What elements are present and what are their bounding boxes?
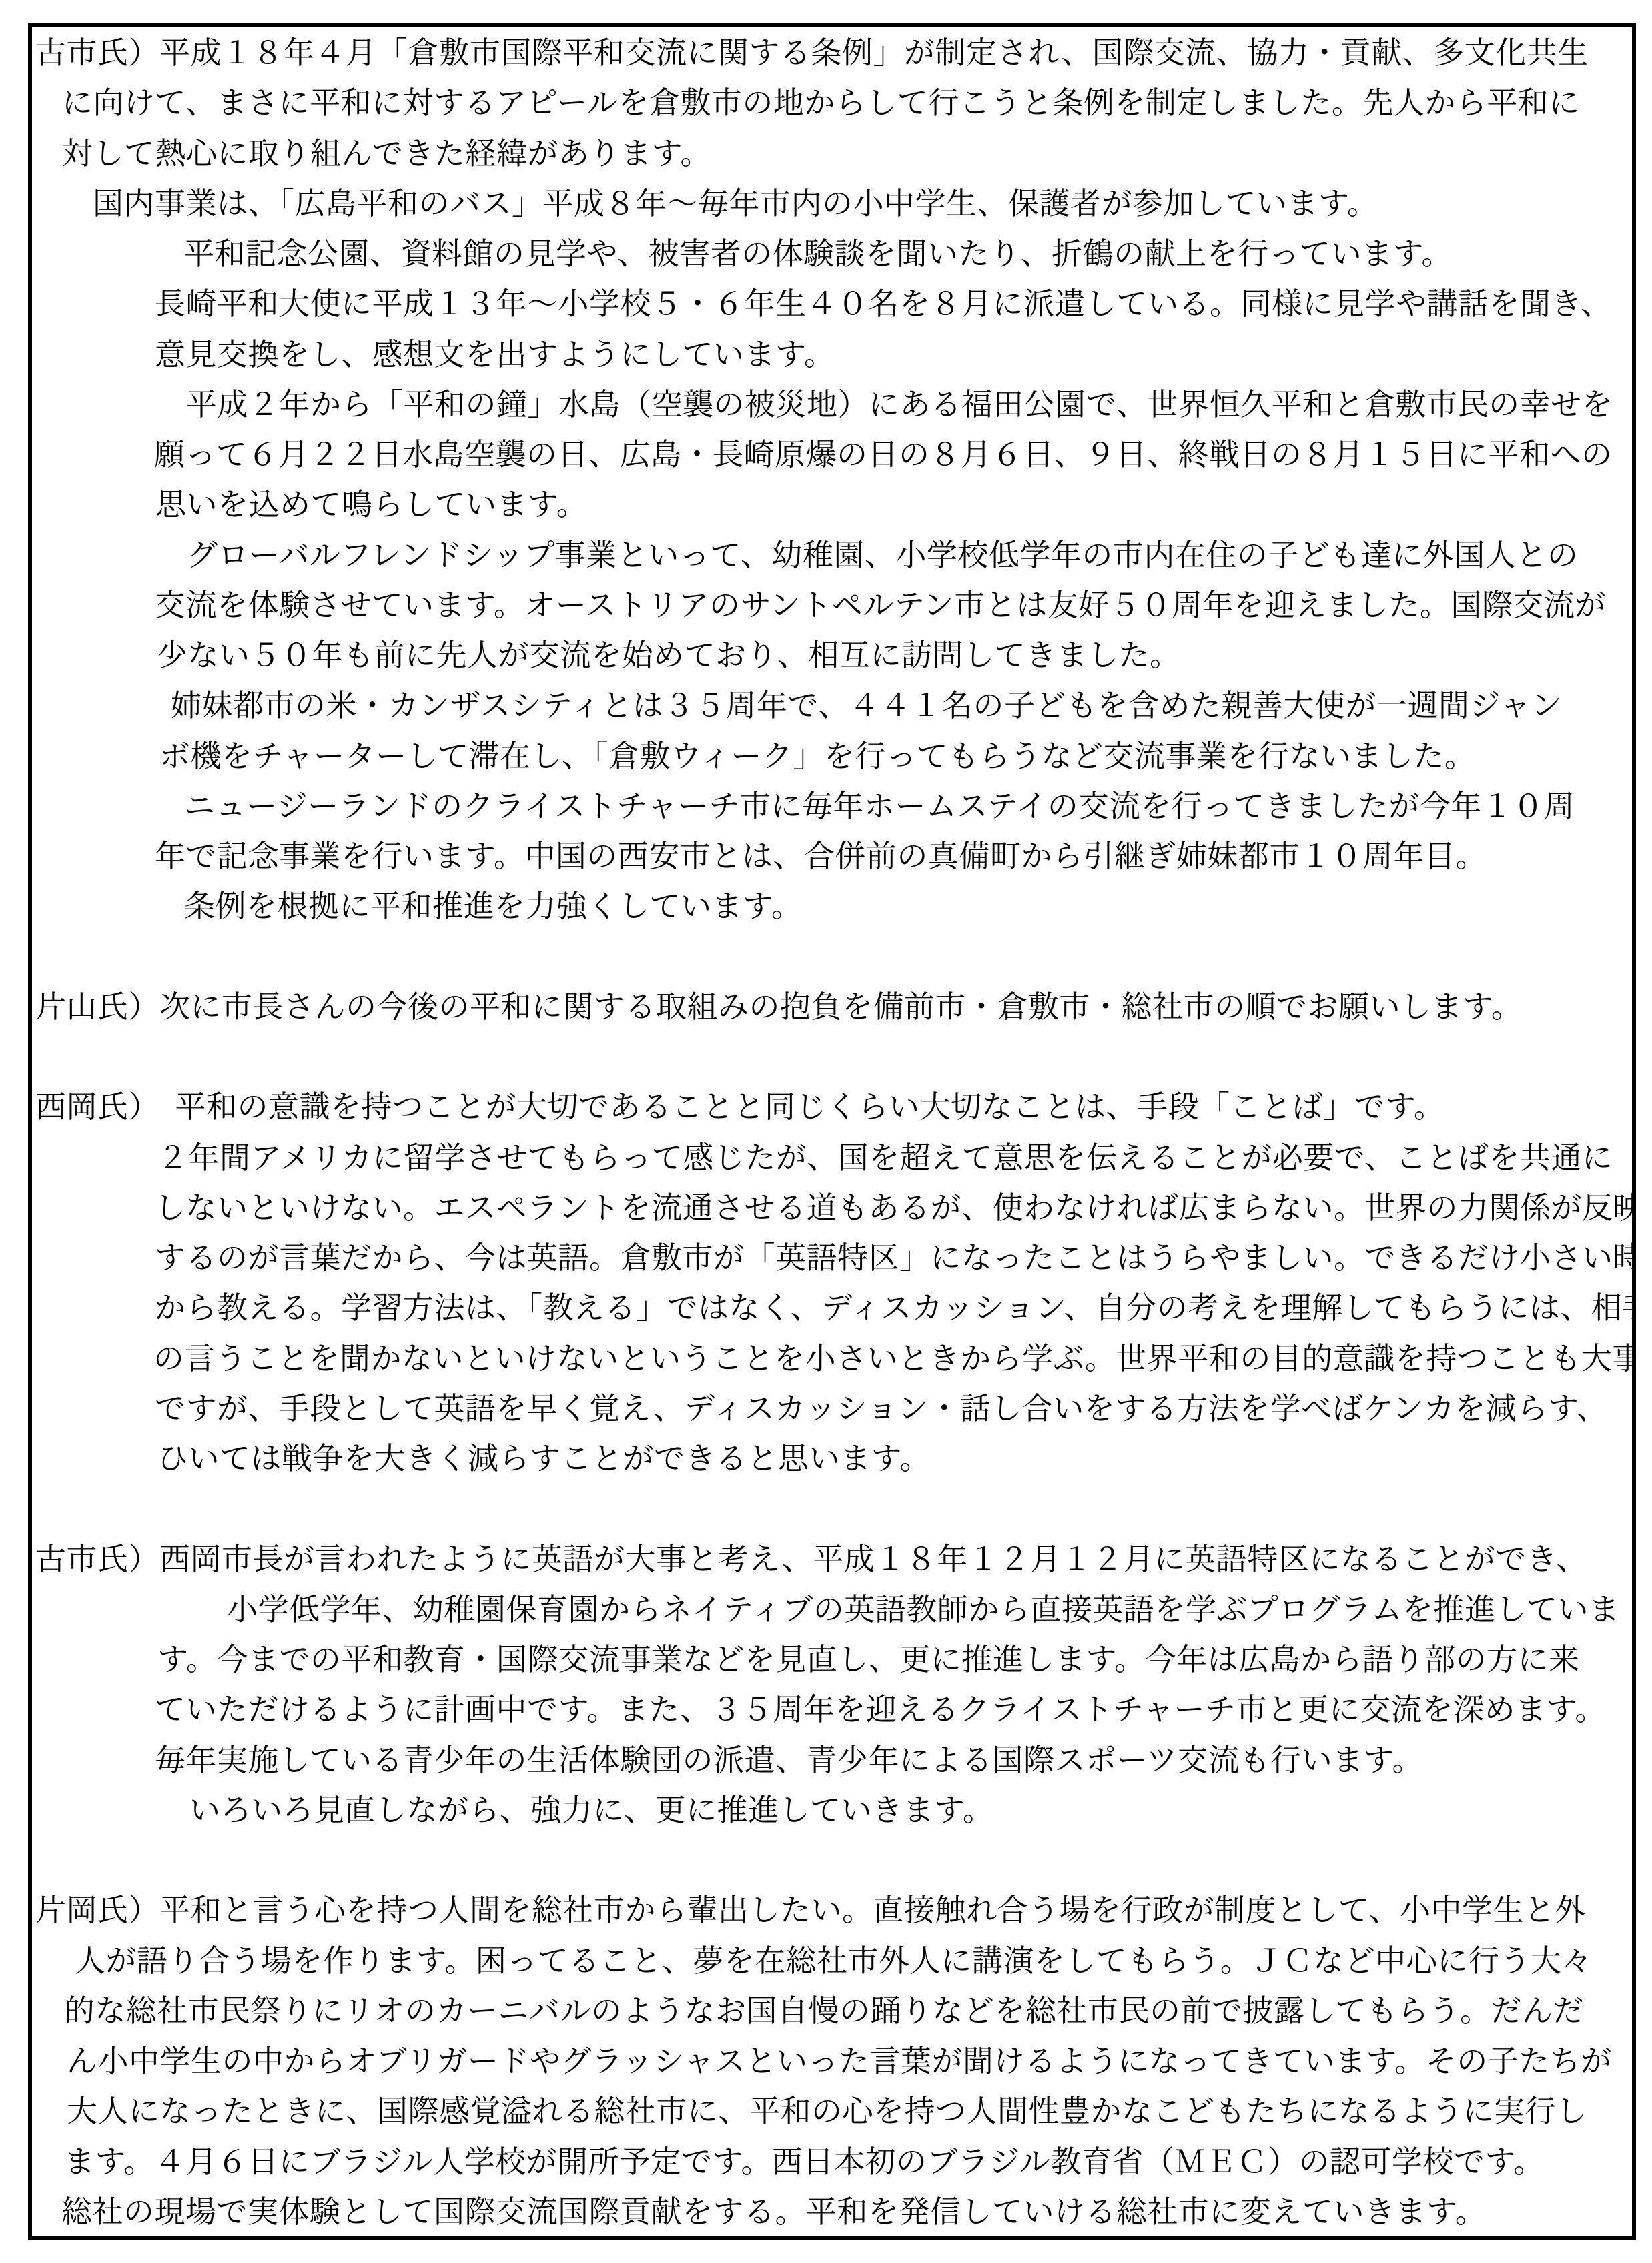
document-frame-border: 古市氏）平成１８年４月「倉敷市国際平和交流に関する条例」が制定され、国際交流、協…: [28, 23, 1636, 2240]
blank-line: [35, 1835, 1628, 1885]
text-line: に向けて、まさに平和に対するアピールを倉敷市の地からして行こうと条例を制定しまし…: [35, 78, 1628, 128]
text-line: 国内事業は、「広島平和のバス」平成８年～毎年市内の小中学生、保護者が参加していま…: [35, 179, 1628, 229]
text-line: 人が語り合う場を作ります。困ってること、夢を在総社市外人に講演をしてもらう。ＪＣ…: [35, 1936, 1628, 1986]
document-page: 古市氏）平成１８年４月「倉敷市国際平和交流に関する条例」が制定され、国際交流、協…: [0, 0, 1652, 2263]
text-line: ２年間アメリカに留学させてもらって感じたが、国を超えて意思を伝えることが必要で、…: [35, 1133, 1628, 1183]
text-line: 意見交換をし、感想文を出すようにしています。: [35, 330, 1628, 380]
text-line: 思いを込めて鳴らしています。: [35, 480, 1628, 530]
text-line: 姉妹都市の米・カンザスシティとは３５周年で、４４１名の子どもを含めた親善大使が一…: [35, 681, 1628, 731]
blank-line: [35, 1032, 1628, 1082]
text-line: ですが、手段として英語を早く覚え、ディスカッション・話し合いをする方法を学べばケ…: [35, 1384, 1628, 1434]
text-line: ひいては戦争を大きく減らすことができると思います。: [35, 1434, 1628, 1484]
text-line: ます。４月６日にブラジル人学校が開所予定です。西日本初のブラジル教育省（ＭＥＣ）…: [35, 2137, 1628, 2187]
text-line: 総社の現場で実体験として国際交流国際貢献をする。平和を発信していける総社市に変え…: [35, 2187, 1628, 2237]
text-line: 年で記念事業を行います。中国の西安市とは、合併前の真備町から引継ぎ姉妹都市１０周…: [35, 831, 1628, 881]
text-line: 小学低学年、幼稚園保育園からネイティブの英語教師から直接英語を学ぶプログラムを推…: [35, 1585, 1628, 1635]
text-line: するのが言葉だから、今は英語。倉敷市が「英語特区」になったことはうらやましい。で…: [35, 1233, 1628, 1283]
text-line: 長崎平和大使に平成１３年～小学校５・６年生４０名を８月に派遣している。同様に見学…: [35, 279, 1628, 329]
text-line: ボ機をチャーターして滞在し、「倉敷ウィーク」を行ってもらうなど交流事業を行ないま…: [35, 731, 1628, 781]
text-line: ん小中学生の中からオブリガードやグラッシャスといった言葉が聞けるようになってきて…: [35, 2036, 1628, 2086]
text-line: 平和記念公園、資料館の見学や、被害者の体験談を聞いたり、折鶴の献上を行っています…: [35, 229, 1628, 279]
text-line: 条例を根拠に平和推進を力強くしています。: [35, 881, 1628, 931]
text-line: す。今までの平和教育・国際交流事業などを見直し、更に推進します。今年は広島から語…: [35, 1635, 1628, 1685]
text-line: いろいろ見直しながら、強力に、更に推進していきます。: [35, 1785, 1628, 1835]
text-line: グローバルフレンドシップ事業といって、幼稚園、小学校低学年の市内在住の子ども達に…: [35, 530, 1628, 580]
blank-line: [35, 1484, 1628, 1534]
text-line: 西岡氏） 平和の意識を持つことが大切であることと同じくらい大切なことは、手段「こ…: [35, 1082, 1628, 1132]
text-line: ニュージーランドのクライストチャーチ市に毎年ホームステイの交流を行ってきましたが…: [35, 781, 1628, 831]
blank-line: [35, 932, 1628, 982]
text-line: しないといけない。エスペラントを流通させる道もあるが、使わなければ広まらない。世…: [35, 1183, 1628, 1233]
text-line: 古市氏）西岡市長が言われたように英語が大事と考え、平成１８年１２月１２月に英語特…: [35, 1534, 1628, 1585]
text-line: 大人になったときに、国際感覚溢れる総社市に、平和の心を持つ人間性豊かなこどもたち…: [35, 2086, 1628, 2136]
text-line: 片山氏）次に市長さんの今後の平和に関する取組みの抱負を備前市・倉敷市・総社市の順…: [35, 982, 1628, 1032]
document-body: 古市氏）平成１８年４月「倉敷市国際平和交流に関する条例」が制定され、国際交流、協…: [32, 27, 1632, 2237]
text-line: 少ない５０年も前に先人が交流を始めており、相互に訪問してきました。: [35, 630, 1628, 681]
text-line: 的な総社市民祭りにリオのカーニバルのようなお国自慢の踊りなどを総社市民の前で披露…: [35, 1986, 1628, 2036]
text-line: 平成２年から「平和の鐘」水島（空襲の被災地）にある福田公園で、世界恒久平和と倉敷…: [35, 380, 1628, 430]
text-line: 交流を体験させています。オーストリアのサントペルテン市とは友好５０周年を迎えまし…: [35, 580, 1628, 630]
text-line: から教える。学習方法は、「教える」ではなく、ディスカッション、自分の考えを理解し…: [35, 1283, 1628, 1333]
text-line: の言うことを聞かないといけないということを小さいときから学ぶ。世界平和の目的意識…: [35, 1334, 1628, 1384]
text-line: 毎年実施している青少年の生活体験団の派遣、青少年による国際スポーツ交流も行います…: [35, 1735, 1628, 1785]
text-line: 古市氏）平成１８年４月「倉敷市国際平和交流に関する条例」が制定され、国際交流、協…: [35, 28, 1628, 78]
text-line: 片岡氏）平和と言う心を持つ人間を総社市から輩出したい。直接触れ合う場を行政が制度…: [35, 1885, 1628, 1935]
text-line: ていただけるように計画中です。また、３５周年を迎えるクライストチャーチ市と更に交…: [35, 1685, 1628, 1735]
text-line: 対して熱心に取り組んできた経緯があります。: [35, 129, 1628, 179]
text-line: 願って６月２２日水島空襲の日、広島・長崎原爆の日の８月６日、９日、終戦日の８月１…: [35, 430, 1628, 480]
